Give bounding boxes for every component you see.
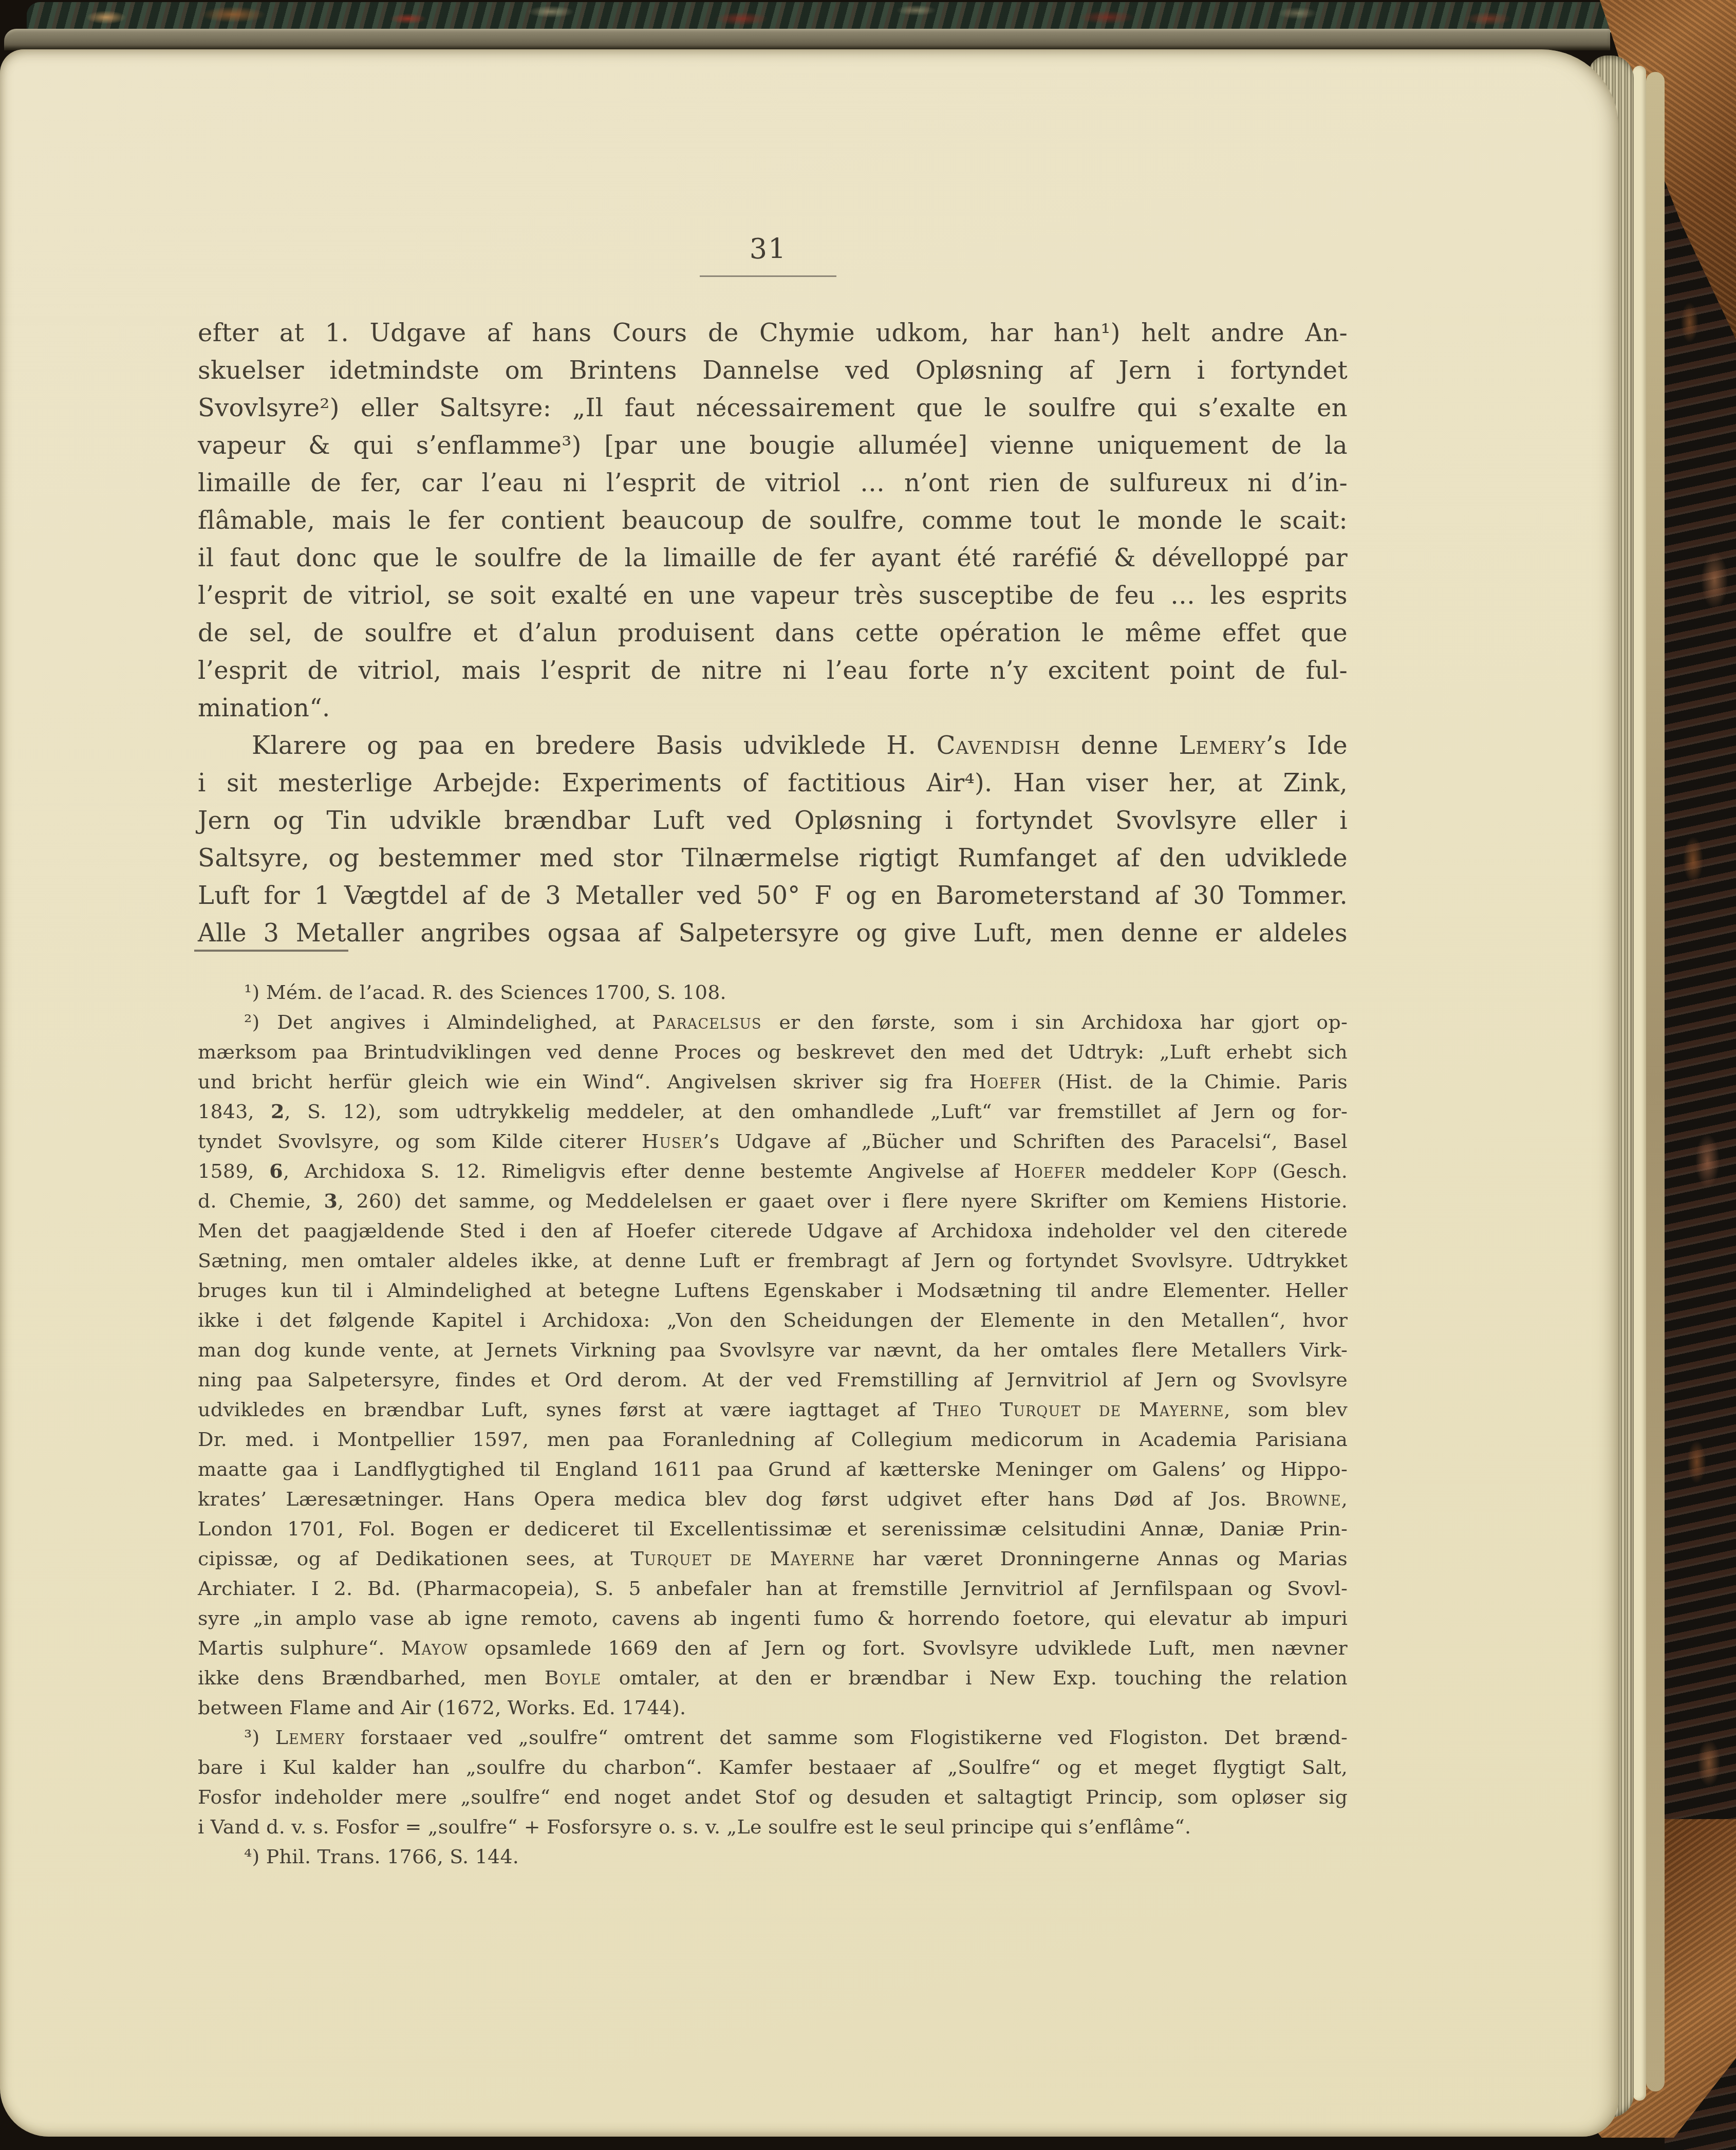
small-caps-name: Lemery (1179, 731, 1265, 760)
scanned-book-page: 31 efter at 1. Udgave af hans Cours de C… (0, 0, 1736, 2150)
footnote-line: mærksom paa Brintudviklingen ved denne P… (198, 1037, 1348, 1067)
footnote-line: cipissæ, og af Dedikationen sees, at Tur… (198, 1544, 1348, 1573)
main-text-line: il faut donc que le soulfre de la limail… (198, 540, 1348, 577)
footnote-line: tyndet Svovlsyre, og som Kilde citerer H… (198, 1126, 1348, 1156)
footnote-separator-rule (194, 950, 348, 952)
footnote-line: 1843, 2, S. 12), som udtrykkelig meddele… (198, 1097, 1348, 1126)
footnote-line: ²) Det angives i Almindelighed, at Parac… (198, 1007, 1348, 1037)
main-text-line: Svovlsyre²) eller Saltsyre: „Il faut néc… (198, 390, 1348, 427)
small-caps-name: Hoefer (969, 1070, 1041, 1093)
footnote-line: ikke i det følgende Kapitel i Archidoxa:… (198, 1305, 1348, 1335)
main-text-line: i sit mesterlige Arbejde: Experiments of… (198, 765, 1348, 802)
footnote-line: ning paa Salpetersyre, findes et Ord der… (198, 1365, 1348, 1395)
footnote-line: Archiater. I 2. Bd. (Pharmacopeia), S. 5… (198, 1573, 1348, 1603)
page-stack-top-edge (4, 29, 1610, 50)
footnote-line: syre „in amplo vase ab igne remoto, cave… (198, 1603, 1348, 1633)
small-caps-name: Lemery (275, 1726, 345, 1749)
small-caps-name: Huser (642, 1130, 703, 1153)
footnote-line: ⁴) Phil. Trans. 1766, S. 144. (198, 1842, 1348, 1871)
footnote-line: Men det paagjældende Sted i den af Hoefe… (198, 1216, 1348, 1246)
small-caps-name: Turquet de Mayerne (631, 1547, 855, 1570)
main-text-line: Klarere og paa en bredere Basis udvikled… (198, 727, 1348, 765)
main-text-line: vapeur & qui s’enflamme³) [par une bougi… (198, 427, 1348, 465)
small-caps-name: Cavendish (937, 731, 1060, 760)
main-text-line: Saltsyre, og bestemmer med stor Tilnærme… (198, 840, 1348, 877)
small-caps-name: Kopp (1210, 1160, 1257, 1182)
page-number: 31 (665, 233, 871, 265)
footnote-line: und bricht herfür gleich wie ein Wind“. … (198, 1067, 1348, 1097)
footnote-line: 1589, 6, Archidoxa S. 12. Rimeligvis eft… (198, 1156, 1348, 1186)
main-text-line: flâmable, mais le fer contient beaucoup … (198, 502, 1348, 540)
footnote-line: bruges kun til i Almindelighed at betegn… (198, 1275, 1348, 1305)
main-text-line: limaille de fer, car l’eau ni l’esprit d… (198, 465, 1348, 502)
small-caps-name: Browne (1265, 1488, 1341, 1510)
page-paper: 31 efter at 1. Udgave af hans Cours de C… (0, 49, 1618, 2137)
main-text-block: efter at 1. Udgave af hans Cours de Chym… (198, 314, 1348, 952)
footnote-line: bare i Kul kalder han „soulfre du charbo… (198, 1752, 1348, 1782)
footnote-line: ¹) Mém. de l’acad. R. des Sciences 1700,… (198, 977, 1348, 1007)
main-text-line: l’esprit de vitriol, mais l’esprit de ni… (198, 652, 1348, 690)
footnote-line: Dr. med. i Montpellier 1597, men paa For… (198, 1424, 1348, 1454)
small-caps-name: Hoefer (1014, 1160, 1086, 1182)
footnote-line: ³) Lemery forstaaer ved „soulfre“ omtren… (198, 1722, 1348, 1752)
footnote-line: maatte gaa i Landflygtighed til England … (198, 1454, 1348, 1484)
footnote-line: Martis sulphure“. Mayow opsamlede 1669 d… (198, 1633, 1348, 1663)
bold-number: 6 (269, 1159, 283, 1182)
footnote-line: ikke dens Brændbarhed, men Boyle omtaler… (198, 1663, 1348, 1693)
footnote-line: d. Chemie, 3, 260) det samme, og Meddele… (198, 1186, 1348, 1216)
main-text-line: efter at 1. Udgave af hans Cours de Chym… (198, 314, 1348, 352)
footnote-line: Fosfor indeholder mere „soulfre“ end nog… (198, 1782, 1348, 1812)
small-caps-name: Theo Turquet de Mayerne (933, 1398, 1224, 1421)
small-caps-name: Mayow (401, 1637, 468, 1659)
footnote-line: man dog kunde vente, at Jernets Virkning… (198, 1335, 1348, 1365)
main-text-line: Alle 3 Metaller angribes ogsaa af Salpet… (198, 915, 1348, 952)
book-top-marbled-band (27, 2, 1615, 32)
footnote-line: krates’ Læresætninger. Hans Opera medica… (198, 1484, 1348, 1514)
footnote-line: between Flame and Air (1672, Works. Ed. … (198, 1693, 1348, 1722)
footnote-line: London 1701, Fol. Bogen er dediceret til… (198, 1514, 1348, 1544)
footnote-line: i Vand d. v. s. Fosfor = „soulfre“ + Fos… (198, 1812, 1348, 1842)
page-number-rule (700, 275, 836, 277)
small-caps-name: Paracelsus (652, 1011, 762, 1033)
main-text-line: de sel, de soulfre et d’alun produisent … (198, 615, 1348, 652)
main-text-line: Jern og Tin udvikle brændbar Luft ved Op… (198, 802, 1348, 840)
cover-inner-strip (1646, 72, 1665, 2091)
under-page-strip (1633, 66, 1646, 2101)
footnotes-block: ¹) Mém. de l’acad. R. des Sciences 1700,… (198, 977, 1348, 1871)
footnote-line: udvikledes en brændbar Luft, synes først… (198, 1395, 1348, 1424)
small-caps-name: Boyle (545, 1666, 602, 1689)
footnote-line: Sætning, men omtaler aldeles ikke, at de… (198, 1246, 1348, 1275)
main-text-line: l’esprit de vitriol, se soit exalté en u… (198, 577, 1348, 615)
main-text-line: Luft for 1 Vægtdel af de 3 Metaller ved … (198, 877, 1348, 915)
bold-number: 3 (324, 1189, 338, 1212)
main-text-line: mination“. (198, 690, 1348, 727)
bold-number: 2 (271, 1100, 285, 1123)
main-text-line: skuelser idetmindste om Brintens Dannels… (198, 352, 1348, 390)
